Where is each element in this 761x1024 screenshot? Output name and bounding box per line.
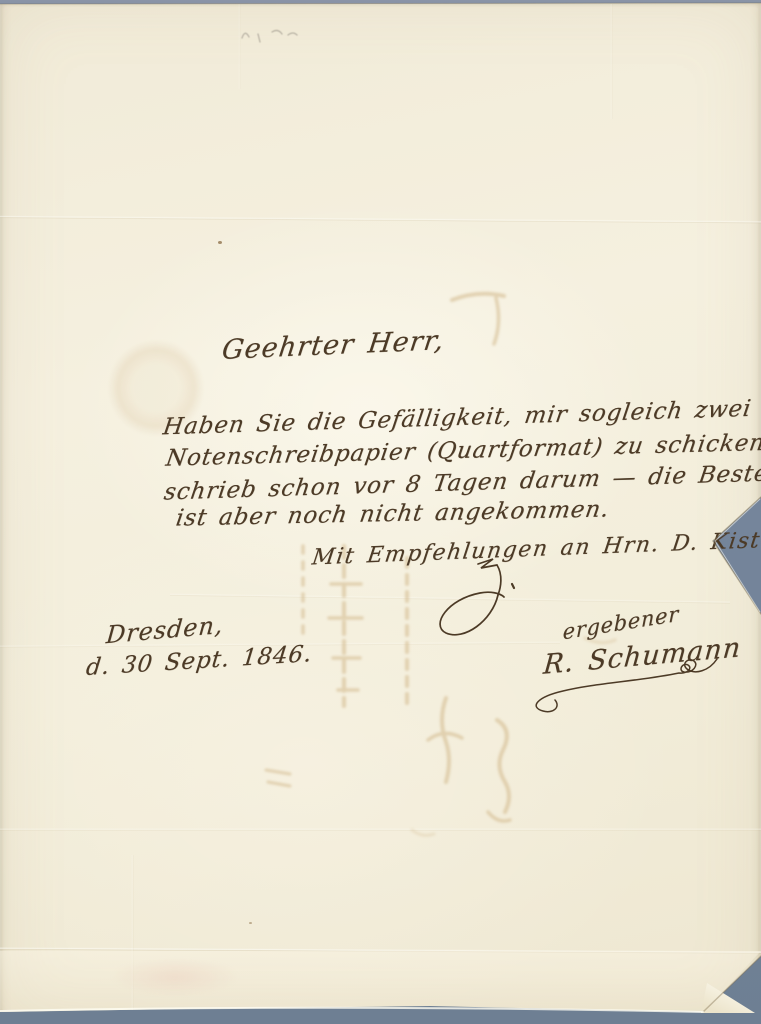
ink-fleck xyxy=(218,241,222,244)
seal-smudge xyxy=(110,958,240,996)
ink-fleck xyxy=(249,922,252,924)
letter-scan: Geehrter Herr, Haben Sie die Gefälligkei… xyxy=(0,0,761,1024)
fold-crease xyxy=(610,4,613,119)
fold-crease xyxy=(0,828,761,831)
fold-crease xyxy=(238,4,241,89)
